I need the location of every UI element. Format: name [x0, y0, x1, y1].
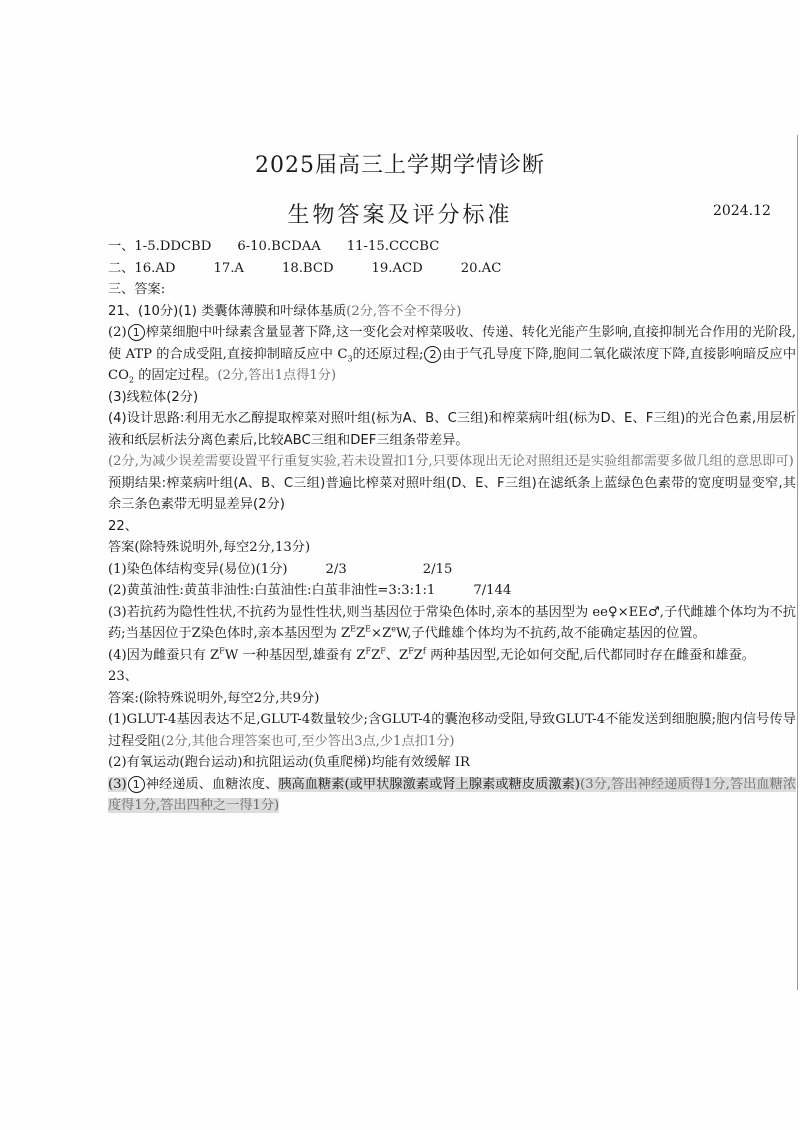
q22-a2-text: (2)黄茧油性:黄茧非油性:白茧油性:白茧非油性=3:3:1:1: [108, 583, 435, 598]
page-right-border: [797, 135, 798, 990]
q23-a3-prefix: (3): [108, 777, 127, 792]
q22-part2: (2)黄茧油性:黄茧非油性:白茧油性:白茧非油性=3:3:1:17/144: [108, 580, 796, 602]
q21-a2-score: (2分,答出1点得1分): [217, 368, 336, 383]
circled-number-icon: 2: [424, 346, 441, 363]
part2-answer: 16.AD: [134, 261, 175, 276]
q23-intro: 答案:(除特殊说明外,每空2分,共9分): [108, 688, 796, 710]
q22-part1: (1)染色体结构变异(易位)(1分)2/32/15: [108, 559, 796, 581]
q22-a1-value: 2/3: [326, 562, 347, 577]
q21-a1-text: 类囊体薄膜和叶绿体基质: [201, 304, 346, 319]
q21-heading: 21、(10分)(1): [108, 304, 197, 319]
q22-a1-value: 2/15: [423, 562, 453, 577]
q21-part4-design: (4)设计思路:利用无水乙醇提取榨菜对照叶组(标为A、B、C三组)和榨菜病叶组(…: [108, 408, 796, 451]
q22-heading: 22、: [108, 516, 796, 538]
part1-label: 一、: [108, 239, 134, 254]
q21-part1: 21、(10分)(1) 类囊体薄膜和叶绿体基质(2分,答不全不得分): [108, 301, 796, 323]
part2-answer: 18.BCD: [282, 261, 334, 276]
answer-content: 一、1-5.DDCBD6-10.BCDAA11-15.CCCBC 二、16.AD…: [108, 236, 796, 817]
q22-a3-text: ×Z: [371, 626, 391, 641]
q21-part3: (3)线粒体(2分): [108, 387, 796, 409]
q22-a4-text: 两种基因型,无论如何交配,后代都同时存在雌蚕和雄蚕。: [426, 648, 755, 663]
document-date: 2024.12: [713, 203, 771, 219]
part1-group: 11-15.CCCBC: [347, 239, 440, 254]
q22-a4-text: Z: [414, 648, 423, 663]
circled-number-icon: 1: [128, 776, 145, 793]
part2-answer: 20.AC: [461, 261, 502, 276]
q23-part2: (2)有氧运动(跑台运动)和抗阻运动(负重爬梯)均能有效缓解 IR: [108, 752, 796, 774]
part2-label: 二、: [108, 261, 134, 276]
q21-a1-score: (2分,答不全不得分): [346, 304, 461, 319]
circled-number-icon: 1: [128, 324, 145, 341]
part1-group: 6-10.BCDAA: [237, 239, 320, 254]
q21-a2-text: 的还原过程;: [353, 347, 424, 362]
q22-a4-text: W 一种基因型,雄蚕有 Z: [225, 648, 366, 663]
q22-a1-text: (1)染色体结构变异(易位)(1分): [108, 562, 288, 577]
q22-part4: (4)因为雌蚕只有 ZFW 一种基因型,雄蚕有 ZFZF、ZFZf 两种基因型,…: [108, 645, 796, 667]
q23-a3-text: 神经递质、血糖浓度、: [146, 777, 279, 792]
q22-a3-text: Z: [356, 626, 365, 641]
q21-part2: (2)1榨菜细胞中叶绿素含量显著下降,这一变化会对榨菜吸收、传递、转化光能产生影…: [108, 322, 796, 387]
q23-a3-highlight: 胰高血糖素(或甲状腺激素或肾上腺素或糖皮质激素): [278, 777, 580, 792]
q23-a1-score: (2分,其他合理答案也可,至少答出3点,少1点扣1分): [161, 734, 455, 749]
part2-answer: 19.ACD: [372, 261, 423, 276]
part2-answers: 二、16.AD17.A18.BCD19.ACD20.AC: [108, 258, 796, 280]
q21-part4-score: (2分,为减少误差需要设置平行重复实验,若未设置扣1分,只要体现出无论对照组还是…: [108, 451, 796, 473]
document-subtitle: 生物答案及评分标准: [0, 198, 800, 229]
q23-part3: (3)1神经递质、血糖浓度、胰高血糖素(或甲状腺激素或肾上腺素或糖皮质激素)(3…: [108, 774, 796, 817]
q23-part1: (1)GLUT-4基因表达不足,GLUT-4数量较少;含GLUT-4的囊泡移动受…: [108, 709, 796, 752]
document-title: 2025届高三上学期学情诊断: [0, 148, 800, 179]
part2-answer: 17.A: [213, 261, 244, 276]
q23-heading: 23、: [108, 666, 796, 688]
part3-label: 三、答案:: [108, 279, 796, 301]
q22-a4-text: Z: [371, 648, 380, 663]
q22-a4-text: (4)因为雌蚕只有 Z: [108, 648, 219, 663]
q22-part3: (3)若抗药为隐性性状,不抗药为显性性状,则当基因位于常染色体时,亲本的基因型为…: [108, 602, 796, 645]
q22-intro: 答案(除特殊说明外,每空2分,13分): [108, 537, 796, 559]
q22-a4-text: 、Z: [386, 648, 408, 663]
q21-part4-result: 预期结果:榨菜病叶组(A、B、C三组)普遍比榨菜对照叶组(D、E、F三组)在滤纸…: [108, 473, 796, 516]
q21-a2-text: 的固定过程。: [134, 368, 217, 383]
part1-answers: 一、1-5.DDCBD6-10.BCDAA11-15.CCCBC: [108, 236, 796, 258]
q21-a2-prefix: (2): [108, 325, 127, 340]
part1-group: 1-5.DDCBD: [134, 239, 211, 254]
q22-a3-text: W,子代雌雄个体均为不抗药,故不能确定基因的位置。: [396, 626, 706, 641]
q22-a2-value: 7/144: [473, 583, 511, 598]
